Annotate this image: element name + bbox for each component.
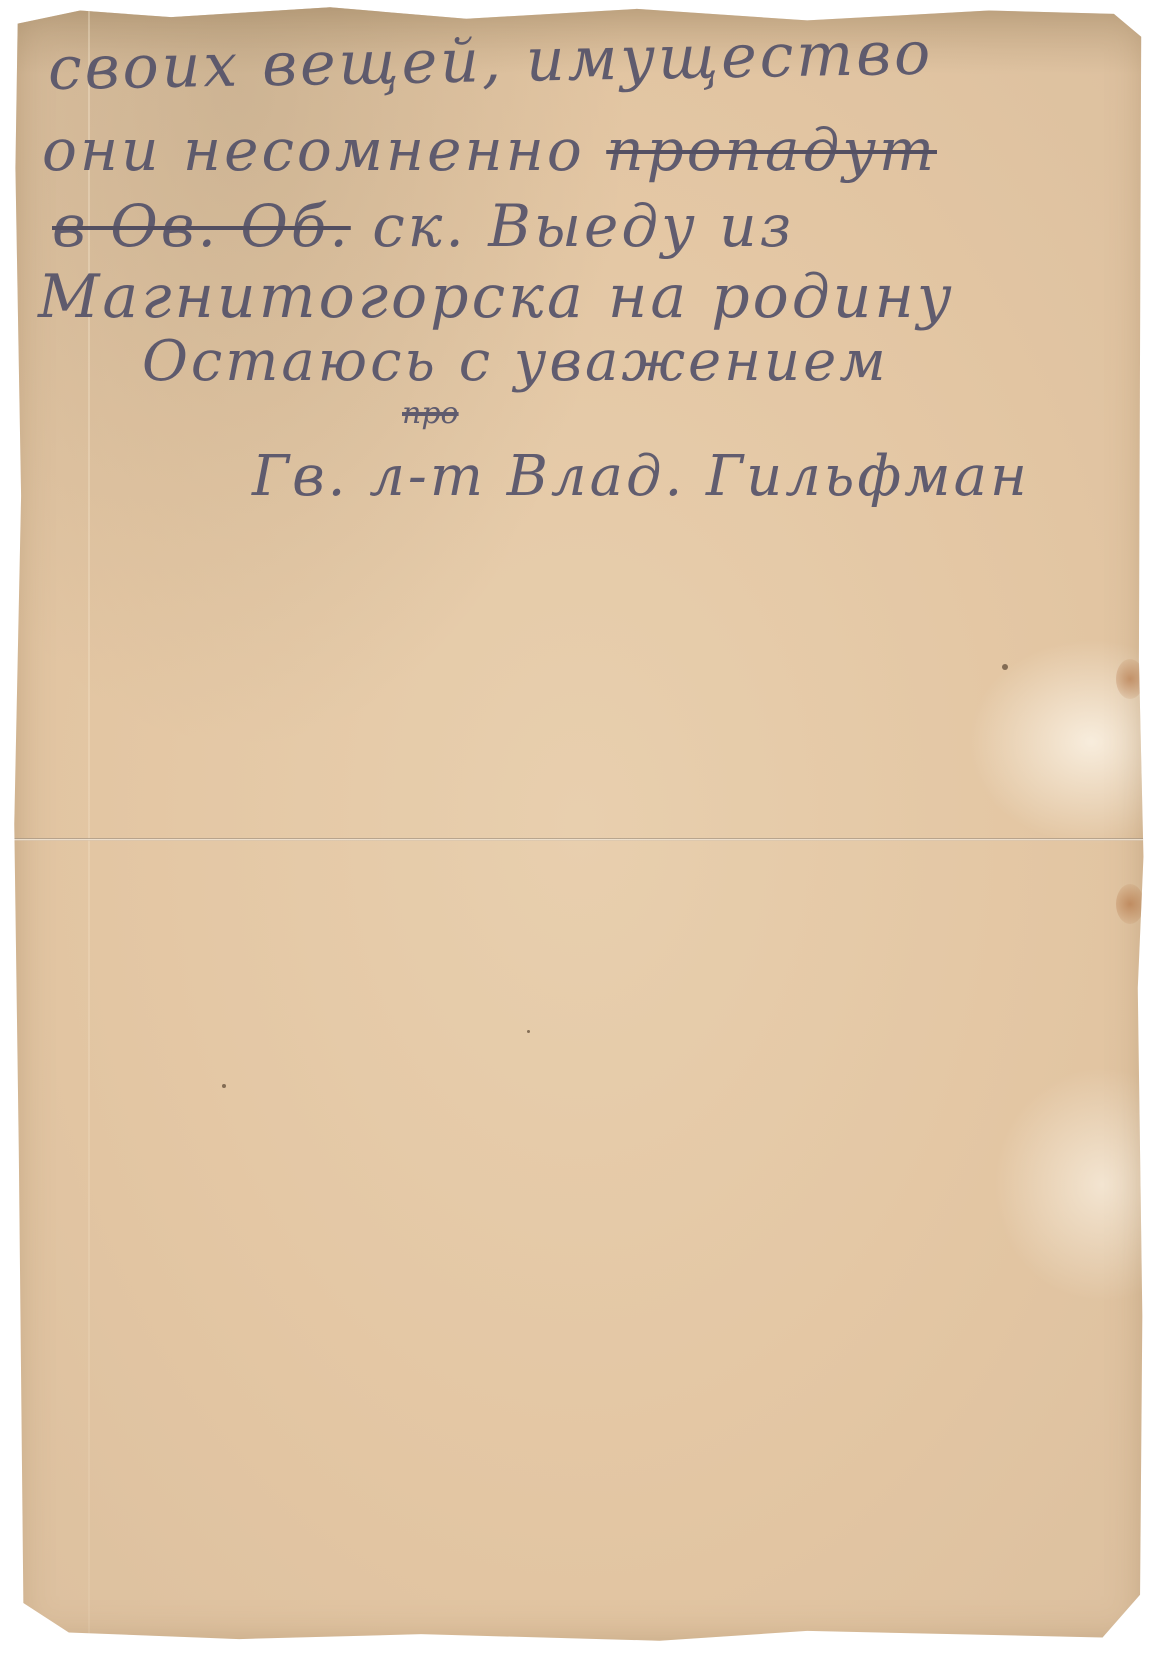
signature-line: Гв. л-т Влад. Гильфман (252, 444, 1030, 509)
handwritten-line-4: Магнитогорска на родину (38, 262, 955, 332)
line-text: своих вещей, имущество (47, 19, 933, 104)
handwritten-line-5: Остаюсь с уважением (142, 329, 889, 394)
line-text: они несомненно (42, 116, 585, 184)
ink-speck (1002, 664, 1008, 670)
horizontal-fold (12, 838, 1148, 841)
handwritten-line-1: своих вещей, имущество (47, 19, 933, 104)
struck-word: в Ов. Об. (52, 192, 351, 260)
rust-stain (1116, 884, 1144, 924)
handwritten-line-2: они несомненно пропадут (42, 116, 937, 184)
line-text: Остаюсь с уважением (142, 329, 889, 394)
struck-word: пропадут (606, 116, 937, 184)
line-text: Магнитогорска на родину (38, 262, 955, 332)
handwritten-line-3: в Ов. Об. ск. Выеду из (52, 192, 794, 260)
ink-speck (222, 1084, 226, 1088)
line-text: ск. Выеду из (372, 192, 794, 260)
ink-speck (527, 1030, 530, 1033)
struck-word-small: про (402, 396, 459, 431)
rust-stain (1116, 659, 1144, 699)
signature: Гв. л-т Влад. Гильфман (252, 444, 1030, 509)
letter-paper: своих вещей, имущество они несомненно пр… (12, 4, 1148, 1644)
